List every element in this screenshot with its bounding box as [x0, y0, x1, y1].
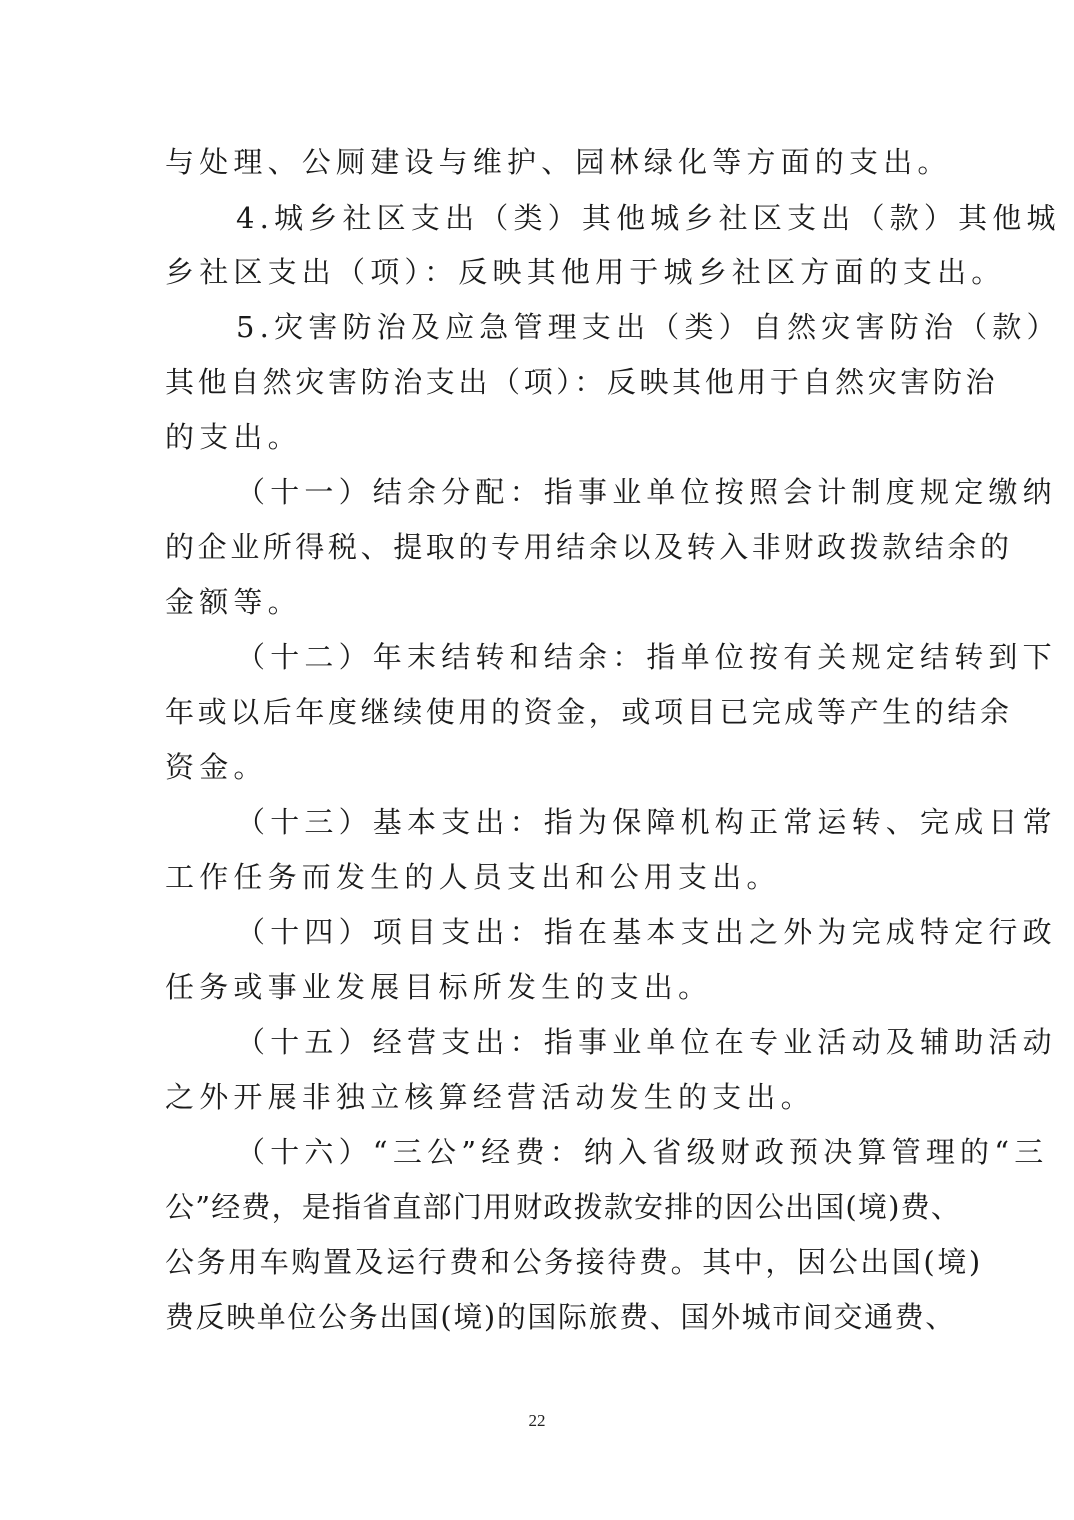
text-line: 年或以后年度继续使用的资金，或项目已完成等产生的结余	[165, 692, 915, 732]
page-number: 22	[0, 1411, 1074, 1431]
text-line: 乡社区支出（项）：反映其他用于城乡社区方面的支出。	[165, 252, 915, 292]
text-line: （十一）结余分配：指事业单位按照会计制度规定缴纳	[236, 472, 986, 512]
text-line: 公”经费，是指省直部门用财政拨款安排的因公出国(境)费、	[165, 1187, 915, 1227]
text-line: 其他自然灾害防治支出（项）：反映其他用于自然灾害防治	[165, 362, 915, 402]
text-line: 费反映单位公务出国(境)的国际旅费、国外城市间交通费、	[165, 1297, 915, 1337]
text-line: 金额等。	[165, 582, 915, 622]
text-line: 5.灾害防治及应急管理支出（类）自然灾害防治（款）	[236, 307, 986, 347]
text-line: （十五）经营支出：指事业单位在专业活动及辅助活动	[236, 1022, 986, 1062]
text-line: 资金。	[165, 747, 915, 787]
text-line: 之外开展非独立核算经营活动发生的支出。	[165, 1077, 915, 1117]
text-line: 工作任务而发生的人员支出和公用支出。	[165, 857, 915, 897]
text-line: （十二）年末结转和结余：指单位按有关规定结转到下	[236, 637, 986, 677]
text-line: （十四）项目支出：指在基本支出之外为完成特定行政	[236, 912, 986, 952]
text-line: （十三）基本支出：指为保障机构正常运转、完成日常	[236, 802, 986, 842]
text-line: 公务用车购置及运行费和公务接待费。其中，因公出国(境)	[165, 1242, 915, 1282]
text-line: 与处理、公厕建设与维护、园林绿化等方面的支出。	[165, 142, 915, 182]
document-page: 与处理、公厕建设与维护、园林绿化等方面的支出。 4.城乡社区支出（类）其他城乡社…	[0, 0, 1074, 1520]
text-line: 任务或事业发展目标所发生的支出。	[165, 967, 915, 1007]
text-line: 的企业所得税、提取的专用结余以及转入非财政拨款结余的	[165, 527, 915, 567]
text-line: （十六）“三公”经费：纳入省级财政预决算管理的“三	[236, 1132, 986, 1172]
text-line: 的支出。	[165, 417, 915, 457]
text-line: 4.城乡社区支出（类）其他城乡社区支出（款）其他城	[236, 198, 986, 238]
